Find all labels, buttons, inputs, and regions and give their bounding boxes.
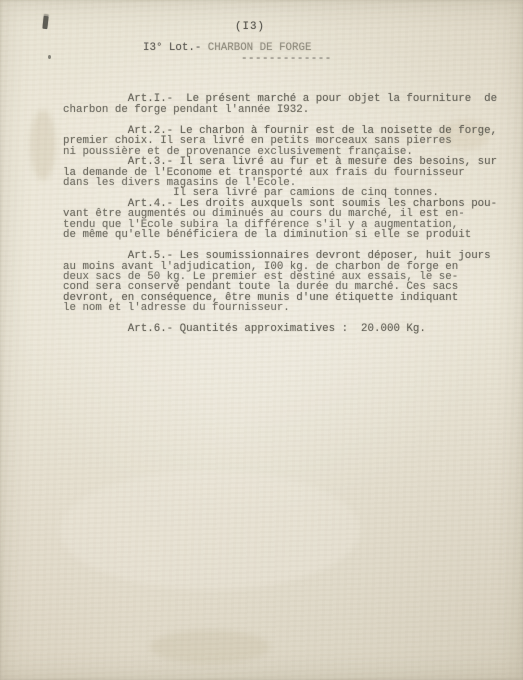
- scanned-paper-sheet: (I3) I3° Lot.- CHARBON DE FORGE --------…: [0, 0, 523, 680]
- document-body: Art.I.- Le présent marché a pour objet l…: [63, 94, 513, 334]
- page-number: (I3): [235, 22, 513, 32]
- ink-dot-mark: [48, 55, 51, 59]
- article-5: Art.5.- Les soumissionnaires devront dép…: [63, 251, 513, 324]
- typed-line: cond sera conservé pendant toute la duré…: [63, 282, 513, 292]
- typed-line: Art.3.- Il sera livré au fur et à mesure…: [63, 157, 513, 167]
- article-2: Art.2.- Le charbon à fournir est de la n…: [63, 126, 513, 157]
- paper-stain: [30, 110, 56, 180]
- typed-line: de même qu'elle bénéficiera de la diminu…: [63, 230, 513, 240]
- title-underline-dashes: -------------: [241, 54, 513, 64]
- typed-line: Il sera livré par camions de cinq tonnes…: [63, 188, 513, 198]
- typed-line: le nom et l'adresse du fournisseur.: [63, 303, 513, 313]
- typed-line: Art.6.- Quantités approximatives : 20.00…: [63, 324, 513, 334]
- paper-stain: [150, 630, 270, 664]
- typed-line: [63, 115, 513, 125]
- lot-number-label: I3° Lot.-: [143, 42, 208, 54]
- typed-content: (I3) I3° Lot.- CHARBON DE FORGE --------…: [63, 22, 513, 335]
- article-4: Art.4.- Les droits auxquels sont soumis …: [63, 199, 513, 251]
- typed-line: Art.5.- Les soumissionnaires devront dép…: [63, 251, 513, 261]
- typed-line: charbon de forge pendant l'année I932.: [63, 105, 513, 115]
- article-6: Art.6.- Quantités approximatives : 20.00…: [63, 324, 513, 334]
- article-3: Art.3.- Il sera livré au fur et à mesure…: [63, 157, 513, 199]
- paper-highlight: [60, 470, 360, 590]
- typed-line: ni poussière et de provenance exclusivem…: [63, 147, 513, 157]
- ink-smudge-mark: [42, 16, 48, 29]
- article-1: Art.I.- Le présent marché a pour objet l…: [63, 94, 513, 125]
